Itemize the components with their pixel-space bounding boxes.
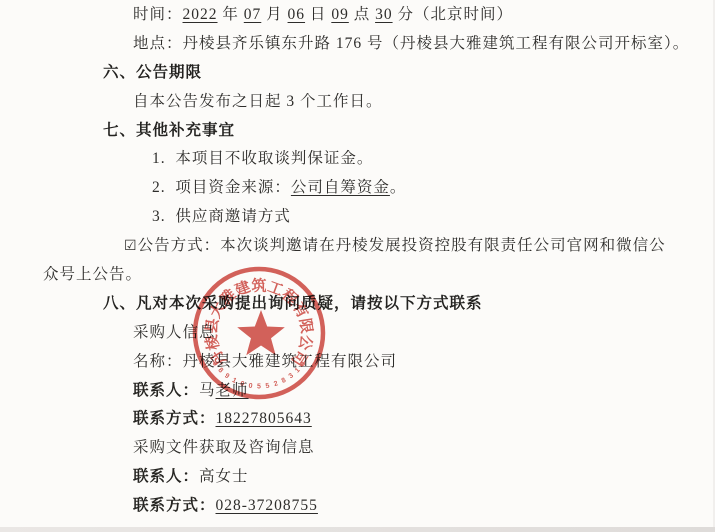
contact-1-label: 联系人： [133,382,199,399]
contact-2-label: 联系人： [133,468,199,485]
time-day-value: 06 [288,6,306,23]
time-label: 时间： [133,6,183,23]
phone-2-label: 联系方式： [133,497,216,514]
time-minute-value: 30 [375,6,393,23]
contact-1-surname: 马 [199,382,216,399]
phone-2-value: 028-37208755 [216,497,318,514]
time-day-unit: 日 [305,6,331,23]
phone-1-line: 联系方式：18227805643 [0,405,715,434]
announcement-line-2: 众号上公告。 [0,261,715,290]
time-hour-value: 09 [331,6,349,23]
time-year-unit: 年 [218,6,244,23]
contact-2-line: 联系人：高女士 [0,463,715,492]
scan-edge-bottom [0,527,715,532]
time-month-unit: 月 [261,6,287,23]
phone-2-line: 联系方式：028-37208755 [0,492,715,521]
contact-2-name: 高女士 [199,468,249,485]
purchaser-name-label: 名称： [133,353,183,370]
funding-source-label: 2. 项目资金来源： [152,179,291,196]
purchaser-info-heading: 采购人信息 [0,319,715,348]
purchaser-name-line: 名称：丹棱县大雅建筑工程有限公司 [0,348,715,377]
funding-source-period: 。 [390,179,407,196]
list-item-3: 3. 供应商邀请方式 [0,203,715,232]
section-6-body: 自本公告发布之日起 3 个工作日。 [0,88,715,117]
contact-1-line: 联系人：马老师 [0,377,715,406]
time-line: 时间：2022 年 07 月 06 日 09 点 30 分（北京时间） [0,1,715,30]
scanned-document-page: 时间：2022 年 07 月 06 日 09 点 30 分（北京时间） 地点：丹… [0,0,715,532]
contact-1-name: 老师 [216,382,249,399]
time-suffix: 分（北京时间） [393,6,513,23]
section-7-heading: 七、其他补充事宜 [0,117,715,146]
section-6-heading: 六、公告期限 [0,59,715,88]
phone-1-value: 18227805643 [216,410,312,427]
document-body: 时间：2022 年 07 月 06 日 09 点 30 分（北京时间） 地点：丹… [0,0,715,521]
checked-checkbox-icon: ☑ [124,238,138,254]
announcement-text-1: 公告方式：本次谈判邀请在丹棱发展投资控股有限责任公司官网和微信公 [138,237,666,254]
purchaser-name-value: 丹棱县大雅建筑工程有限公司 [183,353,398,370]
docs-info-heading: 采购文件获取及咨询信息 [0,434,715,463]
phone-1-label: 联系方式： [133,410,216,427]
time-year-value: 2022 [183,6,218,23]
list-item-1: 1. 本项目不收取谈判保证金。 [0,145,715,174]
funding-source-value: 公司自筹资金 [291,179,390,196]
time-month-value: 07 [244,6,262,23]
location-line: 地点：丹棱县齐乐镇东升路 176 号（丹棱县大雅建筑工程有限公司开标室）。 [0,30,715,59]
time-hour-unit: 点 [349,6,375,23]
list-item-2: 2. 项目资金来源：公司自筹资金。 [0,174,715,203]
section-8-heading: 八、凡对本次采购提出询问质疑，请按以下方式联系 [0,290,715,319]
announcement-line-1: ☑公告方式：本次谈判邀请在丹棱发展投资控股有限责任公司官网和微信公 [0,232,715,261]
